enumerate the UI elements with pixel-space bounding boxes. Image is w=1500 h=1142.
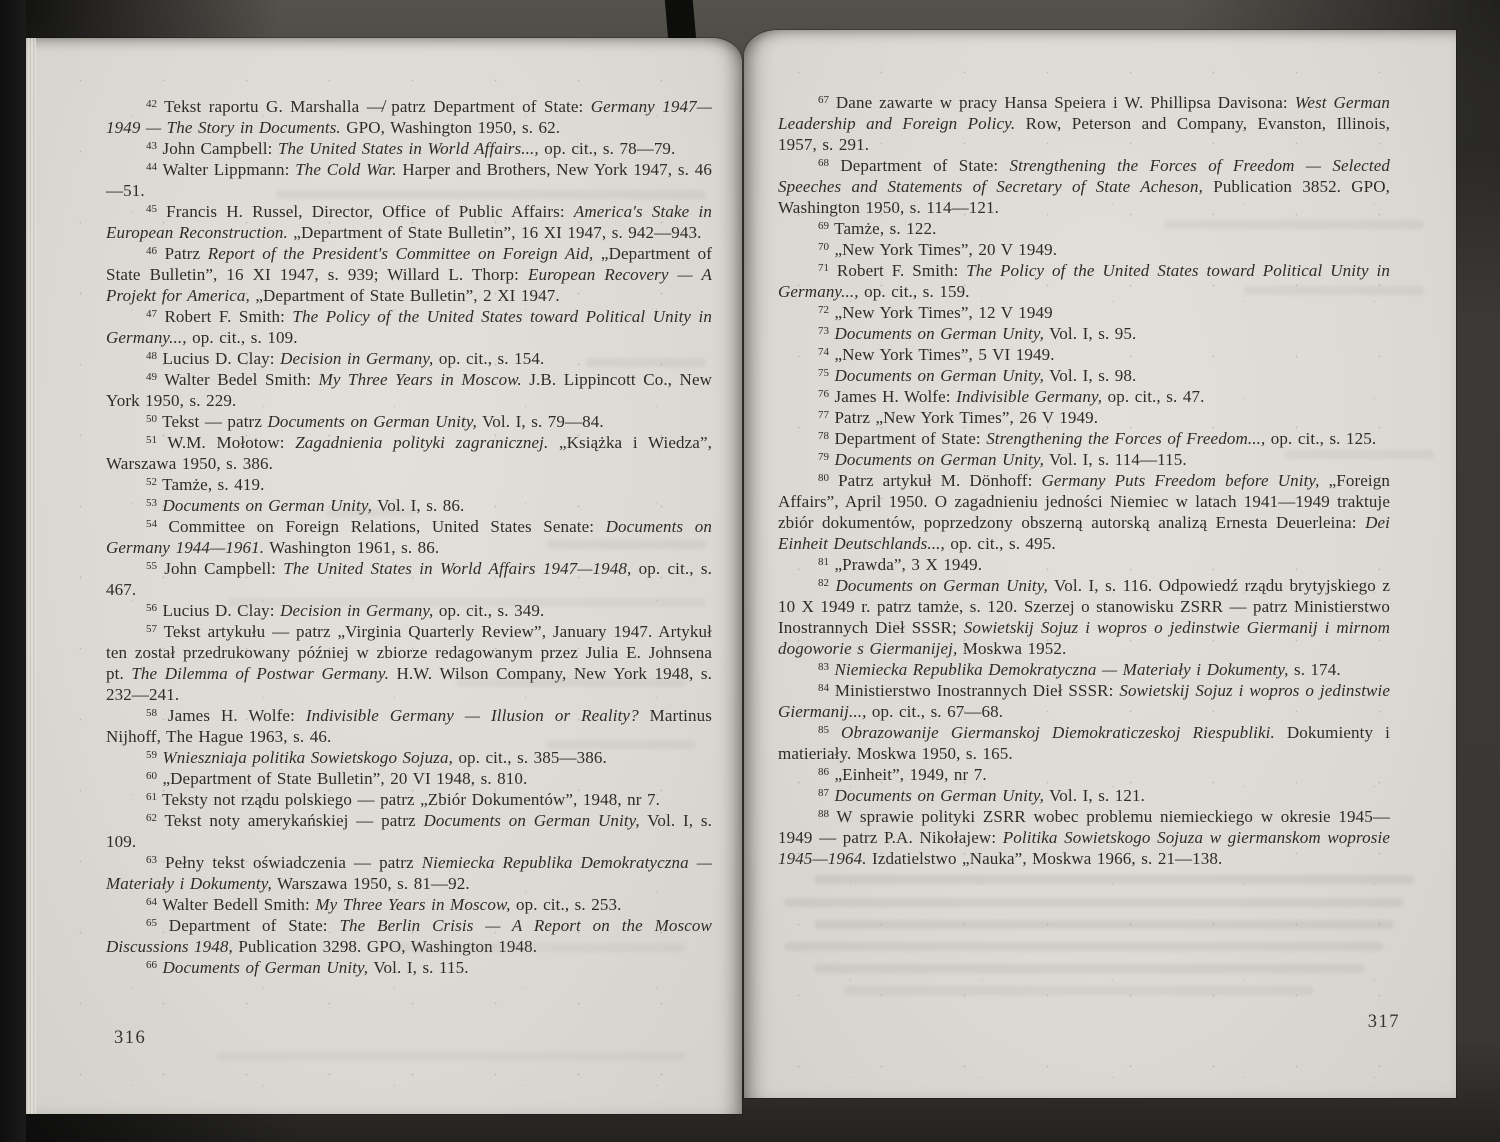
footnote-number: 46 [146, 245, 157, 257]
left-footnotes: 42 Tekst raportu G. Marshalla —̸ patrz D… [106, 96, 712, 978]
footnote-75: 75 Documents on German Unity, Vol. I, s.… [778, 365, 1390, 386]
footnote-87: 87 Documents on German Unity, Vol. I, s.… [778, 785, 1390, 806]
footnote-70: 70 „New York Times”, 20 V 1949. [778, 239, 1390, 260]
footnote-84: 84 Ministierstwo Inostrannych Dieł SSSR:… [778, 680, 1390, 722]
footnote-number: 65 [146, 917, 157, 929]
footnote-number: 55 [146, 560, 157, 572]
footnote-55: 55 John Campbell: The United States in W… [106, 558, 712, 600]
left-page: 42 Tekst raportu G. Marshalla —̸ patrz D… [26, 38, 742, 1114]
footnote-79: 79 Documents on German Unity, Vol. I, s.… [778, 449, 1390, 470]
footnote-88: 88 W sprawie polityki ZSRR wobec problem… [778, 806, 1390, 869]
bleedthrough-smudge [844, 986, 1314, 995]
footnote-53: 53 Documents on German Unity, Vol. I, s.… [106, 495, 712, 516]
footnote-69: 69 Tamże, s. 122. [778, 218, 1390, 239]
footnote-43: 43 John Campbell: The United States in W… [106, 138, 712, 159]
footnote-73: 73 Documents on German Unity, Vol. I, s.… [778, 323, 1390, 344]
bleedthrough-smudge [814, 920, 1394, 929]
footnote-60: 60 „Department of State Bulletin”, 20 VI… [106, 768, 712, 789]
footnote-65: 65 Department of State: The Berlin Crisi… [106, 915, 712, 957]
footnote-number: 69 [818, 220, 829, 232]
footnote-number: 63 [146, 854, 157, 866]
bleedthrough-smudge [814, 875, 1414, 884]
footnote-42: 42 Tekst raportu G. Marshalla —̸ patrz D… [106, 96, 712, 138]
footnote-77: 77 Patrz „New York Times”, 26 V 1949. [778, 407, 1390, 428]
footnote-46: 46 Patrz Report of the President's Commi… [106, 243, 712, 306]
footnote-82: 82 Documents on German Unity, Vol. I, s.… [778, 575, 1390, 659]
bleedthrough-smudge [784, 898, 1404, 907]
footnote-number: 44 [146, 161, 157, 173]
footnote-number: 87 [818, 787, 829, 799]
footnote-number: 45 [146, 203, 157, 215]
footnote-number: 78 [818, 430, 829, 442]
footnote-72: 72 „New York Times”, 12 V 1949 [778, 302, 1390, 323]
footnote-number: 53 [146, 497, 157, 509]
footnote-number: 86 [818, 766, 829, 778]
footnote-61: 61 Teksty not rządu polskiego — patrz „Z… [106, 789, 712, 810]
footnote-50: 50 Tekst — patrz Documents on German Uni… [106, 411, 712, 432]
footnote-number: 50 [146, 413, 157, 425]
footnote-number: 58 [146, 707, 157, 719]
footnote-number: 54 [146, 518, 157, 530]
footnote-number: 85 [818, 724, 829, 736]
right-footnotes: 67 Dane zawarte w pracy Hansa Speiera i … [778, 92, 1390, 869]
footnote-62: 62 Tekst noty amerykańskiej — patrz Docu… [106, 810, 712, 852]
footnote-76: 76 James H. Wolfe: Indivisible Germany, … [778, 386, 1390, 407]
footnote-71: 71 Robert F. Smith: The Policy of the Un… [778, 260, 1390, 302]
footnote-74: 74 „New York Times”, 5 VI 1949. [778, 344, 1390, 365]
footnote-number: 76 [818, 388, 829, 400]
footnote-67: 67 Dane zawarte w pracy Hansa Speiera i … [778, 92, 1390, 155]
footnote-number: 82 [818, 577, 829, 589]
footnote-number: 88 [818, 808, 829, 820]
footnote-number: 43 [146, 140, 157, 152]
footnote-44: 44 Walter Lippmann: The Cold War. Harper… [106, 159, 712, 201]
footnote-78: 78 Department of State: Strengthening th… [778, 428, 1390, 449]
footnote-number: 84 [818, 682, 829, 694]
footnote-57: 57 Tekst artykułu — patrz „Virginia Quar… [106, 621, 712, 705]
footnote-number: 75 [818, 367, 829, 379]
footnote-51: 51 W.M. Mołotow: Zagadnienia polityki za… [106, 432, 712, 474]
footnote-number: 51 [146, 434, 157, 446]
footnote-68: 68 Department of State: Strengthening th… [778, 155, 1390, 218]
bleedthrough-smudge [216, 1052, 686, 1061]
footnote-number: 79 [818, 451, 829, 463]
footnote-number: 83 [818, 661, 829, 673]
footnote-number: 42 [146, 98, 157, 110]
footnote-number: 60 [146, 770, 157, 782]
footnote-number: 73 [818, 325, 829, 337]
footnote-58: 58 James H. Wolfe: Indivisible Germany —… [106, 705, 712, 747]
footnote-number: 77 [818, 409, 829, 421]
footnote-83: 83 Niemiecka Republika Demokratyczna — M… [778, 659, 1390, 680]
book-scan: 42 Tekst raportu G. Marshalla —̸ patrz D… [0, 0, 1500, 1142]
footnote-number: 48 [146, 350, 157, 362]
page-number-right: 317 [1368, 1012, 1400, 1033]
right-page: 67 Dane zawarte w pracy Hansa Speiera i … [744, 30, 1456, 1098]
footnote-66: 66 Documents of German Unity, Vol. I, s.… [106, 957, 712, 978]
footnote-number: 72 [818, 304, 829, 316]
footnote-number: 71 [818, 262, 829, 274]
footnote-number: 61 [146, 791, 157, 803]
footnote-52: 52 Tamże, s. 419. [106, 474, 712, 495]
footnote-56: 56 Lucius D. Clay: Decision in Germany, … [106, 600, 712, 621]
footnote-number: 67 [818, 94, 829, 106]
footnote-number: 80 [818, 472, 829, 484]
footnote-number: 59 [146, 749, 157, 761]
footnote-80: 80 Patrz artykuł M. Dönhoff: Germany Put… [778, 470, 1390, 554]
bleedthrough-smudge [814, 964, 1364, 973]
footnote-86: 86 „Einheit”, 1949, nr 7. [778, 764, 1390, 785]
footnote-number: 81 [818, 556, 829, 568]
footnote-number: 70 [818, 241, 829, 253]
footnote-63: 63 Pełny tekst oświadczenia — patrz Niem… [106, 852, 712, 894]
footnote-number: 47 [146, 308, 157, 320]
footnote-number: 57 [146, 623, 157, 635]
footnote-number: 74 [818, 346, 829, 358]
footnote-48: 48 Lucius D. Clay: Decision in Germany, … [106, 348, 712, 369]
bleedthrough-smudge [784, 942, 1384, 951]
footnote-number: 68 [818, 157, 829, 169]
footnote-number: 66 [146, 959, 157, 971]
footnote-54: 54 Committee on Foreign Relations, Unite… [106, 516, 712, 558]
footnote-49: 49 Walter Bedel Smith: My Three Years in… [106, 369, 712, 411]
footnote-number: 49 [146, 371, 157, 383]
footnote-number: 64 [146, 896, 157, 908]
footnote-81: 81 „Prawda”, 3 X 1949. [778, 554, 1390, 575]
footnote-64: 64 Walter Bedell Smith: My Three Years i… [106, 894, 712, 915]
footnote-number: 62 [146, 812, 157, 824]
footnote-59: 59 Wnieszniaja politika Sowietskogo Soju… [106, 747, 712, 768]
footnote-number: 56 [146, 602, 157, 614]
footnote-45: 45 Francis H. Russel, Director, Office o… [106, 201, 712, 243]
page-number-left: 316 [114, 1028, 146, 1049]
footnote-47: 47 Robert F. Smith: The Policy of the Un… [106, 306, 712, 348]
footnote-85: 85 Obrazowanije Giermanskoj Diemokraticz… [778, 722, 1390, 764]
footnote-number: 52 [146, 476, 157, 488]
